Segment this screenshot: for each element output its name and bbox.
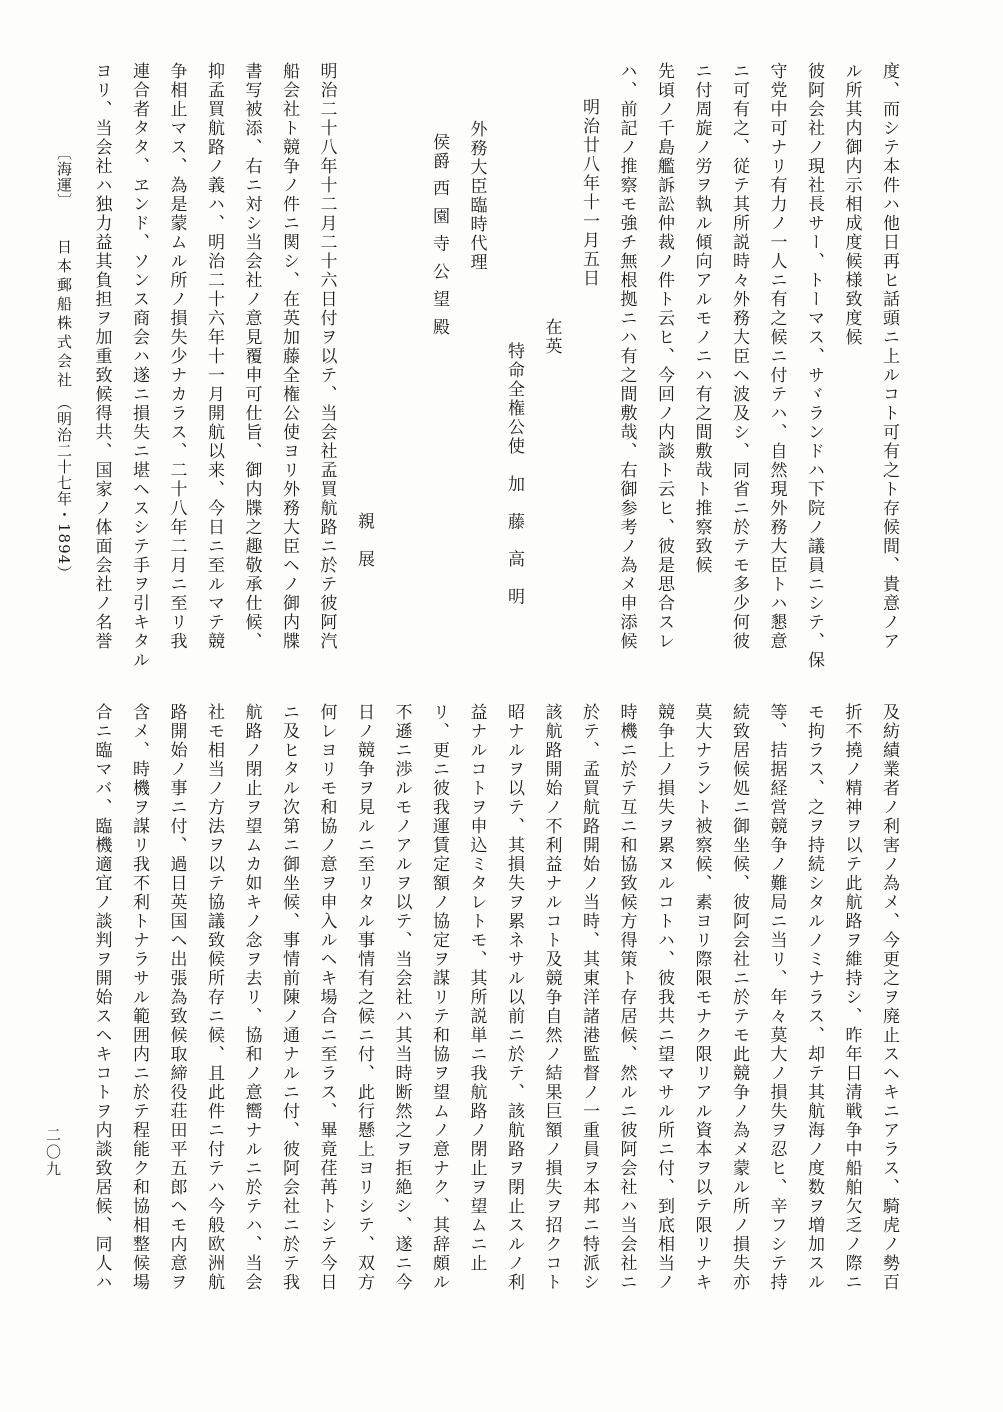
text-column: モ拘ラス、之ヲ持続シタルノミナラス、却テ其航海ノ度数ヲ増加スル [795,703,833,1343]
footer-period: （明治二十七年・1894） [55,395,73,581]
text-column: 益ナルコトヲ申込ミタレトモ、其所説単ニ我航路ノ閉止ヲ望ムニ止 [457,703,495,1343]
sender-post: 在英 [532,62,570,702]
text-column: 等、拮据経営競争ノ難局ニ当リ、年々莫大ノ損失ヲ忍ヒ、辛フシテ持 [757,703,795,1343]
text-column: 船会社ト競争ノ件ニ関シ、在英加藤全権公使ヨリ外務大臣ヘノ御内牒 [270,62,308,702]
document-page: 度、而シテ本件ハ他日再ヒ話頭ニ上ルコト可有之ト存候間、貴意ノア ル所其内御内示相… [0,0,1003,1412]
lower-text-block: 及紡績業者ノ利害ノ為メ、今更之ヲ廃止スヘキニアラス、騎虎ノ勢百 折不撓ノ精神ヲ以… [45,703,908,1343]
text-column: ハ、前記ノ推察モ強チ無根拠ニハ有之間敷哉、右御参考ノ為メ申添候 [607,62,645,702]
text-column: 彼阿会社ノ現社長サー、トーマス、サヾランドハ下院ノ議員ニシテ、保 [795,62,833,702]
sender-name: 加藤高明 [504,475,524,625]
text-column: 競争上ノ損失ヲ累ヌルコトハ、彼我共ニ望マサル所ニ付、到底相当ノ [645,703,683,1343]
text-column: 争相止マス、為是蒙ムル所ノ損失少ナカラス、二十八年二月ニ至リ我 [157,62,195,702]
confidential-marking: 親展 [345,62,383,702]
text-column: 守党中可ナリ有力ノ一人ニ有之候ニ付テハ、自然現外務大臣トハ懇意 [757,62,795,702]
dispatch-date: 明治廿八年十一月五日 [570,62,608,702]
text-column: 莫大ナラント被察候、素ヨリ際限モナク限リアル資本ヲ以テ限リナキ [682,703,720,1343]
sender-title: 特命全権公使 [504,342,524,456]
sender-signature: 特命全権公使加藤高明 [495,62,533,702]
text-column: ニ及ヒタル次第ニ御坐候、事情前陳ノ通ナルニ付、彼阿会社ニ於テ我 [270,703,308,1343]
footer-section: 〔海運〕 [55,145,73,209]
text-column: 合ニ臨マバ、臨機適宜ノ談判ヲ開始スヘキコトヲ内談致居候、同人ハ [82,703,120,1343]
text-column: 於テ、孟買航路開始ノ当時、其東洋諸港監督ノ一重員ヲ本邦ニ特派シ [570,703,608,1343]
text-column: 航路ノ閉止ヲ望ムカ如キノ念ヲ去リ、協和ノ意嚮ナルニ於テハ、当会 [232,703,270,1343]
text-column: 日ノ競争ヲ見ルニ至リタル事情有之候ニ付、此行懸上ヨリシテ、双方 [345,703,383,1343]
text-column: 続致居候処ニ御坐候、彼阿会社ニ於テモ此競争ノ為メ蒙ル所ノ損失亦 [720,703,758,1343]
text-column: 連合者タタ、ヱンド、ソンス商会ハ遂ニ損失ニ堪ヘスシテ手ヲ引キタル [120,62,158,702]
text-column: ル所其内御内示相成度候様致度候 [832,62,870,702]
text-column: ヨリ、当会社ハ独力益其負担ヲ加重致候得共、国家ノ体面会社ノ名誉 [82,62,120,702]
text-column: 昭ナルヲ以テ、其損失ヲ累ネサル以前ニ於テ、該航路ヲ閉止スルノ利 [495,703,533,1343]
upper-text-block: 度、而シテ本件ハ他日再ヒ話頭ニ上ルコト可有之ト存候間、貴意ノア ル所其内御内示相… [45,62,908,702]
addressee-name: 西園寺公望殿 [429,179,449,346]
page-number: 二〇九 [43,1127,63,1178]
text-column: 路開始ノ事ニ付、過日英国ヘ出張為致候取締役荘田平五郎ヘモ内意ヲ [157,703,195,1343]
text-column: リ、更ニ彼我運賃定額ノ協定ヲ謀リテ和協ヲ望ムノ意ナク、其辞頗ル [420,703,458,1343]
addressee-title: 外務大臣臨時代理 [457,62,495,702]
running-footer: 〔海運〕日本郵船株式会社（明治二十七年・1894） [45,62,83,702]
text-column: 度、而シテ本件ハ他日再ヒ話頭ニ上ルコト可有之ト存候間、貴意ノア [870,62,908,702]
text-column: ニ可有之、従テ其所説時々外務大臣ヘ波及シ、同省ニ於テモ多少何彼 [720,62,758,702]
addressee-rank: 侯爵 [429,133,449,171]
text-column: 何レヨリモ和協ノ意ヲ申入ルヘキ場合ニ至ラス、畢竟荏苒トシテ今日 [307,703,345,1343]
text-column: 及紡績業者ノ利害ノ為メ、今更之ヲ廃止スヘキニアラス、騎虎ノ勢百 [870,703,908,1343]
text-column: 社モ相当ノ方法ヲ以テ協議致候所存ニ候、且此件ニ付テハ今般欧洲航 [195,703,233,1343]
text-column: 明治二十八年十二月二十六日付ヲ以テ、当会社孟買航路ニ於テ彼阿汽 [307,62,345,702]
text-column: 含メ、時機ヲ謀リ我不利トナラサル範囲内ニ於テ程能ク和協相整候場 [120,703,158,1343]
addressee-name-line: 侯爵西園寺公望殿 [420,62,458,702]
text-column: 抑孟買航路ノ義ハ、明治二十六年十一月開航以来、今日ニ至ルマテ競 [195,62,233,702]
text-column: 不遜ニ渉ルモノアルヲ以テ、当会社ハ其当時断然之ヲ拒絶シ、遂ニ今 [382,703,420,1343]
footer-company: 日本郵船株式会社 [55,239,73,391]
text-column: 該航路開始ノ不利益ナルコト及競争自然ノ結果巨額ノ損失ヲ招クコト [532,703,570,1343]
text-column: ニ付周旋ノ労ヲ執ル傾向アルモノニハ有之間敷哉ト推察致候 [682,62,720,702]
blank-column [382,62,420,702]
text-column: 書写被添、右ニ対シ当会社ノ意見覆申可仕旨、御内牒之趣敬承仕候、 [232,62,270,702]
text-column: 先頃ノ千島艦訴訟仲裁ノ件ト云ヒ、今回ノ内談ト云ヒ、彼是思合スレ [645,62,683,702]
text-column: 折不撓ノ精神ヲ以テ此航路ヲ維持シ、昨年日清戦争中船舶欠乏ノ際ニ [832,703,870,1343]
text-column: 時機ニ於テ互ニ和協致候方得策ト存居候、然ルニ彼阿会社ハ当会社ニ [607,703,645,1343]
